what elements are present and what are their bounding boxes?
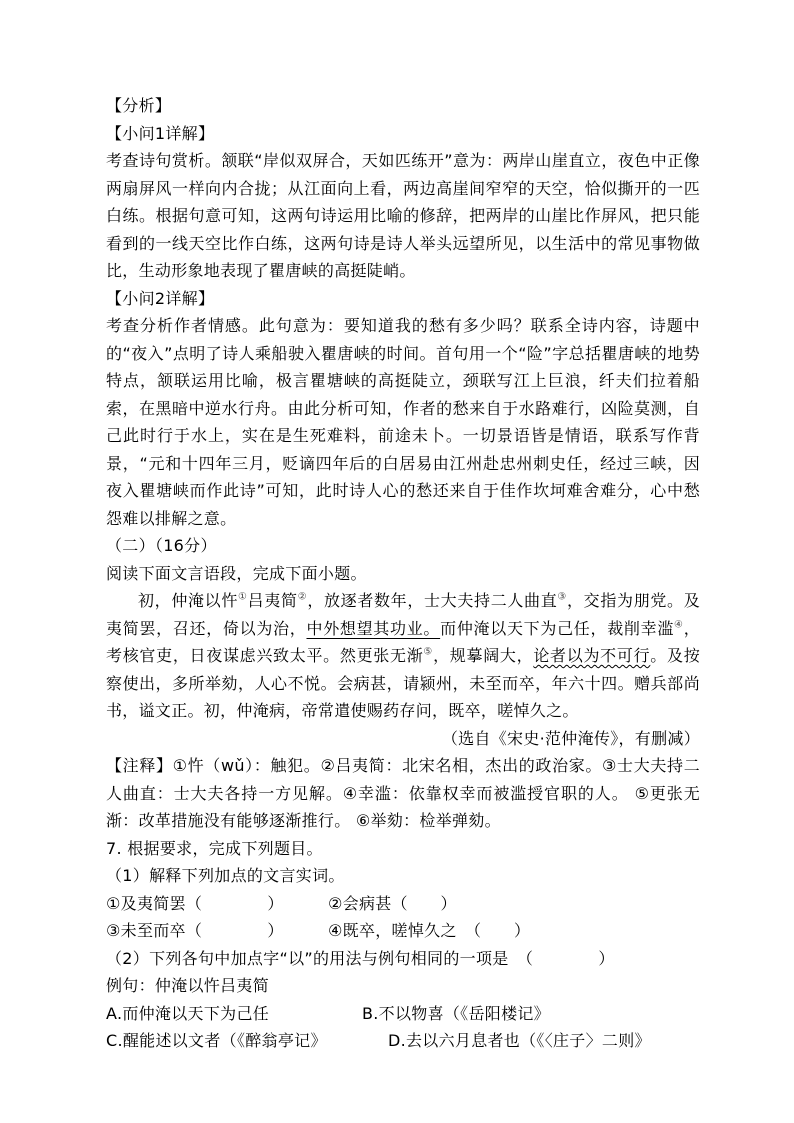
- footnote-marker-2: ②: [298, 592, 308, 603]
- passage-source: （选自《宋史·范仲淹传》，有删减）: [106, 725, 700, 753]
- example-sentence: 例句：仲淹以忤吕夷简: [106, 972, 700, 1000]
- passage-intro: 阅读下面文言语段，完成下面小题。: [106, 560, 700, 588]
- question-7-stem: 7. 根据要求，完成下列题目。: [106, 835, 700, 863]
- subquestion-1-header: 【小问1详解】: [106, 120, 700, 148]
- classical-passage: 初，仲淹以忤①吕夷简②，放逐者数年，士大夫持二人曲直③，交指为朋党。及夷简罢，召…: [106, 587, 700, 725]
- vocab-item-2: ②会病甚（ ）: [328, 890, 457, 918]
- vocab-item-row: ③未至而卒（ ） ④既卒，嗟悼久之 （ ）: [106, 917, 700, 945]
- footnote-marker-3: ③: [557, 592, 567, 603]
- document-page: 【分析】 【小问1详解】 考查诗句赏析。颔联“岸似双屏合，天如匹练开”意为：两岸…: [106, 92, 700, 1055]
- passage-text: 初，仲淹以忤: [138, 591, 238, 610]
- subquestion-2-header: 【小问2详解】: [106, 285, 700, 313]
- footnote-marker-5: ⑤: [423, 647, 433, 658]
- question-7-2-stem: （2）下列各句中加点字“以”的用法与例句相同的一项是 （ ）: [106, 945, 700, 973]
- wavy-underlined-phrase: 论者以为不可行: [533, 646, 650, 665]
- passage-text: ，放逐者数年，士大夫持二人曲直: [307, 591, 557, 610]
- subquestion-2-analysis: 考查分析作者情感。此句意为：要知道我的愁有多少吗？联系全诗内容，诗题中的“夜入”…: [106, 312, 700, 532]
- underlined-phrase: 中外想望其功业。: [306, 619, 440, 638]
- option-d: D.去以六月息者也（《〈庄子〉二则》: [388, 1027, 651, 1055]
- vocab-item-1: ①及夷简罢（ ）: [106, 890, 328, 918]
- analysis-header: 【分析】: [106, 92, 700, 120]
- passage-text: 而仲淹以天下为己任，裁削幸滥: [440, 619, 674, 638]
- section-2-title: （二）（16分）: [106, 532, 700, 560]
- vocab-item-3: ③未至而卒（ ）: [106, 917, 328, 945]
- subquestion-1-analysis: 考查诗句赏析。颔联“岸似双屏合，天如匹练开”意为：两岸山崖直立，夜色中正像两扇屏…: [106, 147, 700, 285]
- option-a: A.而仲淹以天下为己任: [106, 1000, 362, 1028]
- footnote-marker-1: ①: [238, 592, 248, 603]
- option-row: C.醒能述以文者（《醉翁亭记》 D.去以六月息者也（《〈庄子〉二则》: [106, 1027, 700, 1055]
- option-c: C.醒能述以文者（《醉翁亭记》: [106, 1027, 388, 1055]
- footnote-marker-4: ④: [674, 619, 684, 630]
- passage-text: 吕夷简: [248, 591, 298, 610]
- question-7-1-stem: （1）解释下列加点的文言实词。: [106, 862, 700, 890]
- vocab-item-row: ①及夷简罢（ ） ②会病甚（ ）: [106, 890, 700, 918]
- vocab-item-4: ④既卒，嗟悼久之 （ ）: [328, 917, 530, 945]
- passage-text: ，规摹阔大，: [433, 646, 533, 665]
- passage-notes: 【注释】①忤（wǔ）：触犯。②吕夷简：北宋名相，杰出的政治家。③士大夫持二人曲直…: [106, 752, 700, 835]
- option-b: B.不以物喜（《岳阳楼记》: [362, 1000, 550, 1028]
- option-row: A.而仲淹以天下为己任 B.不以物喜（《岳阳楼记》: [106, 1000, 700, 1028]
